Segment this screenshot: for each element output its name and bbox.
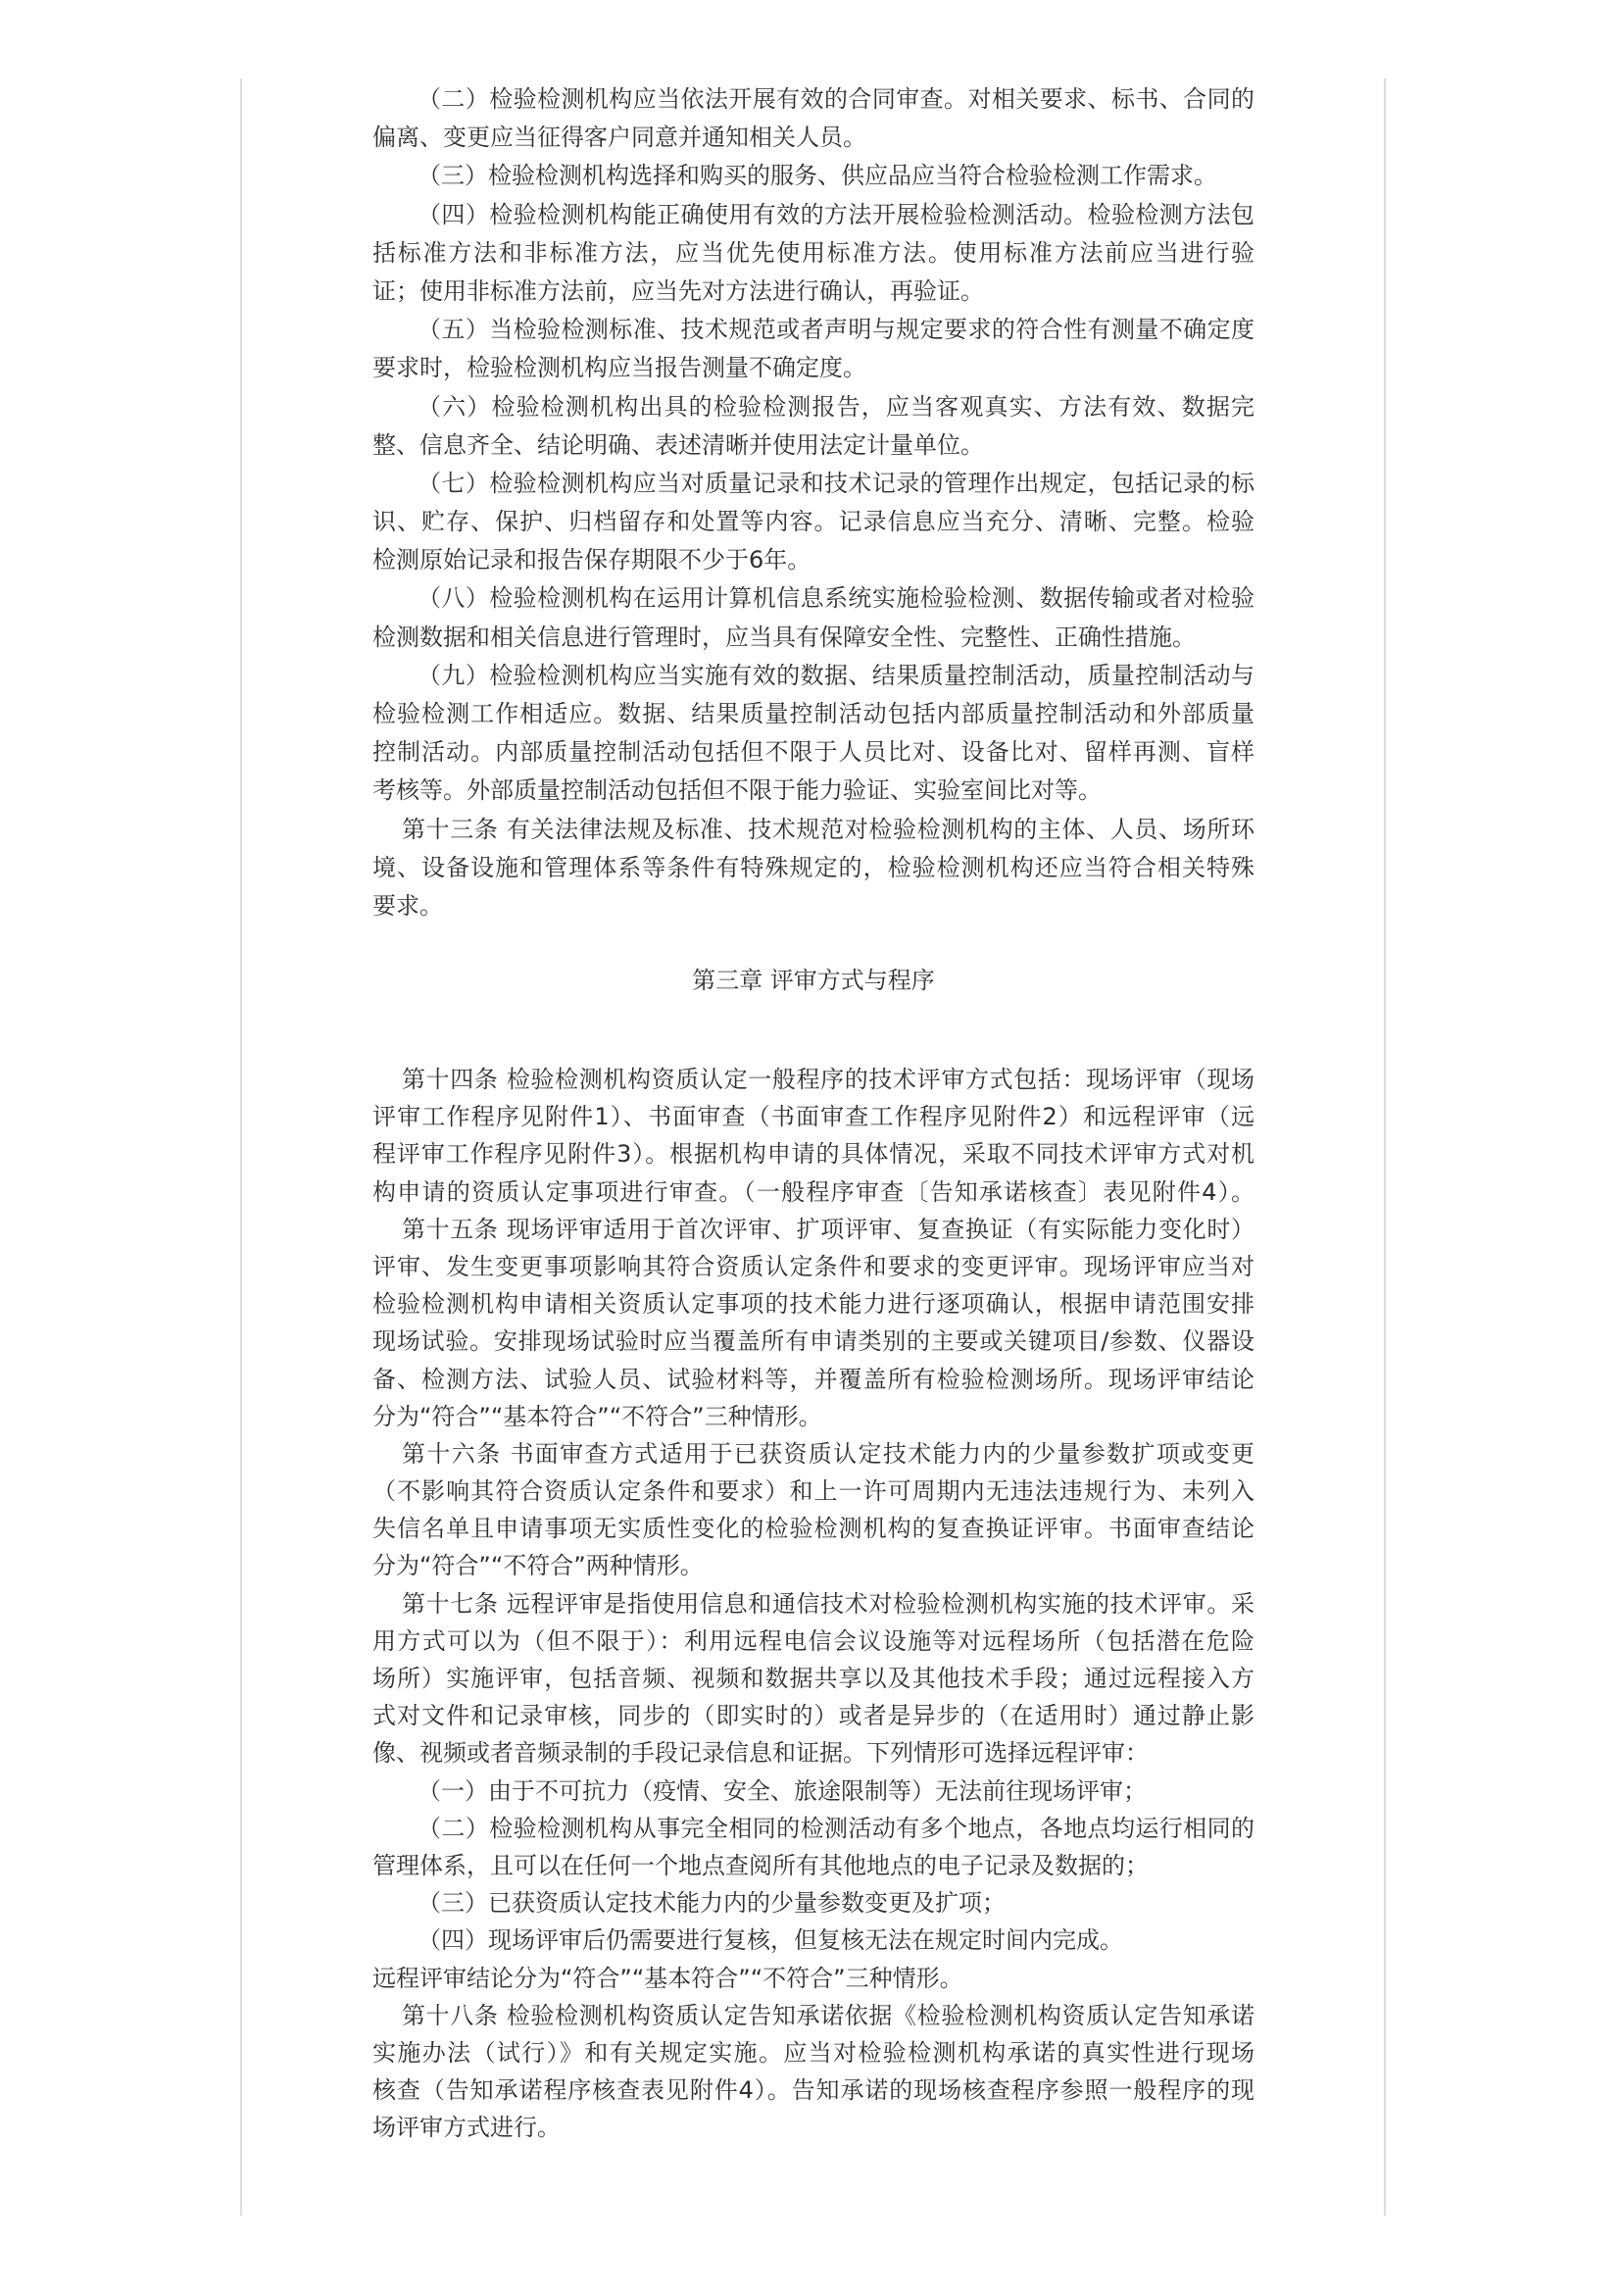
text-line: 像、视频或者音频录制的手段记录信息和证据。下列情形可选择远程评审： bbox=[372, 1734, 1254, 1772]
text-line: 第十七条 远程评审是指使用信息和通信技术对检验检测机构实施的技术评审。采 bbox=[372, 1585, 1254, 1622]
text-line: 检测原始记录和报告保存期限不少于6年。 bbox=[372, 541, 1254, 579]
text-line: 式对文件和记录审核，同步的（即实时的）或者是异步的（在适用时）通过静止影 bbox=[372, 1697, 1254, 1734]
text-line: 管理体系，且可以在任何一个地点查阅所有其他地点的电子记录及数据的； bbox=[372, 1847, 1254, 1884]
text-line: 证；使用非标准方法前，应当先对方法进行确认，再验证。 bbox=[372, 273, 1254, 311]
text-line: （二）检验检测机构从事完全相同的检测活动有多个地点，各地点均运行相同的 bbox=[372, 1810, 1254, 1847]
text-line: （九）检验检测机构应当实施有效的数据、结果质量控制活动，质量控制活动与 bbox=[372, 657, 1254, 695]
text-line: 检测数据和相关信息进行管理时，应当具有保障安全性、完整性、正确性措施。 bbox=[372, 619, 1254, 657]
text-line: （五）当检验检测标准、技术规范或者声明与规定要求的符合性有测量不确定度 bbox=[372, 311, 1254, 349]
text-line: 检验检测工作相适应。数据、结果质量控制活动包括内部质量控制活动和外部质量 bbox=[372, 695, 1254, 733]
text-line: 控制活动。内部质量控制活动包括但不限于人员比对、设备比对、留样再测、盲样 bbox=[372, 733, 1254, 772]
text-line: 失信名单且申请事项无实质性变化的检验检测机构的复查换证评审。书面审查结论 bbox=[372, 1510, 1254, 1547]
text-line: 分为“符合”“不符合”两种情形。 bbox=[372, 1547, 1254, 1584]
page-left-border bbox=[240, 78, 242, 2216]
text-line: 评审、发生变更事项影响其符合资质认定条件和要求的变更评审。现场评审应当对 bbox=[372, 1248, 1254, 1285]
text-line: 构申请的资质认定事项进行审查。（一般程序审查〔告知承诺核查〕表见附件4）。 bbox=[372, 1173, 1254, 1211]
chapter-title: 第三章 评审方式与程序 bbox=[372, 961, 1254, 1000]
text-line: 第十六条 书面审查方式适用于已获资质认定技术能力内的少量参数扩项或变更 bbox=[372, 1435, 1254, 1472]
text-line: 第十三条 有关法律法规及标准、技术规范对检验检测机构的主体、人员、场所环 bbox=[372, 811, 1254, 849]
text-line: （三）检验检测机构选择和购买的服务、供应品应当符合检验检测工作需求。 bbox=[372, 157, 1254, 195]
text-line: 第十八条 检验检测机构资质认定告知承诺依据《检验检测机构资质认定告知承诺 bbox=[372, 1997, 1254, 2034]
text-line: 分为“符合”“基本符合”“不符合”三种情形。 bbox=[372, 1398, 1254, 1435]
text-line: （一）由于不可抗力（疫情、安全、旅途限制等）无法前往现场评审； bbox=[372, 1772, 1254, 1810]
text-line: （二）检验检测机构应当依法开展有效的合同审查。对相关要求、标书、合同的 bbox=[372, 80, 1254, 119]
text-line: 要求时，检验检测机构应当报告测量不确定度。 bbox=[372, 349, 1254, 387]
text-line: （七）检验检测机构应当对质量记录和技术记录的管理作出规定，包括记录的标 bbox=[372, 465, 1254, 503]
text-line: 境、设备设施和管理体系等条件有特殊规定的，检验检测机构还应当符合相关特殊 bbox=[372, 849, 1254, 887]
text-line: 要求。 bbox=[372, 887, 1254, 925]
text-line: 备、检测方法、试验人员、试验材料等，并覆盖所有检验检测场所。现场评审结论 bbox=[372, 1361, 1254, 1398]
text-line: 场评审方式进行。 bbox=[372, 2109, 1254, 2146]
article-12-continued: （二）检验检测机构应当依法开展有效的合同审查。对相关要求、标书、合同的 偏离、变… bbox=[372, 80, 1254, 925]
text-line: （四）检验检测机构能正确使用有效的方法开展检验检测活动。检验检测方法包 bbox=[372, 196, 1254, 234]
chapter-3-body: 第十四条 检验检测机构资质认定一般程序的技术评审方式包括：现场评审（现场 评审工… bbox=[372, 1061, 1254, 2146]
text-line: 检验检测机构申请相关资质认定事项的技术能力进行逐项确认，根据申请范围安排 bbox=[372, 1285, 1254, 1323]
text-line: 第十四条 检验检测机构资质认定一般程序的技术评审方式包括：现场评审（现场 bbox=[372, 1061, 1254, 1098]
text-line: 场所）实施评审，包括音频、视频和数据共享以及其他技术手段；通过远程接入方 bbox=[372, 1660, 1254, 1697]
text-line: （六）检验检测机构出具的检验检测报告，应当客观真实、方法有效、数据完 bbox=[372, 388, 1254, 426]
text-line: 整、信息齐全、结论明确、表述清晰并使用法定计量单位。 bbox=[372, 426, 1254, 465]
text-line: 括标准方法和非标准方法，应当优先使用标准方法。使用标准方法前应当进行验 bbox=[372, 234, 1254, 273]
text-line: 远程评审结论分为“符合”“基本符合”“不符合”三种情形。 bbox=[372, 1960, 1254, 1997]
text-line: 识、贮存、保护、归档留存和处置等内容。记录信息应当充分、清晰、完整。检验 bbox=[372, 503, 1254, 541]
text-line: 考核等。外部质量控制活动包括但不限于能力验证、实验室间比对等。 bbox=[372, 772, 1254, 810]
text-line: 现场试验。安排现场试验时应当覆盖所有申请类别的主要或关键项目/参数、仪器设 bbox=[372, 1323, 1254, 1360]
page-right-border bbox=[1384, 78, 1386, 2216]
text-line: （八）检验检测机构在运用计算机信息系统实施检验检测、数据传输或者对检验 bbox=[372, 579, 1254, 618]
text-line: 程评审工作程序见附件3）。根据机构申请的具体情况，采取不同技术评审方式对机 bbox=[372, 1135, 1254, 1173]
text-line: 实施办法（试行）》和有关规定实施。应当对检验检测机构承诺的真实性进行现场 bbox=[372, 2034, 1254, 2071]
text-line: 用方式可以为（但不限于）：利用远程电信会议设施等对远程场所（包括潜在危险 bbox=[372, 1622, 1254, 1660]
text-line: （三）已获资质认定技术能力内的少量参数变更及扩项； bbox=[372, 1884, 1254, 1922]
text-line: （不影响其符合资质认定条件和要求）和上一许可周期内无违法违规行为、未列入 bbox=[372, 1472, 1254, 1510]
text-line: （四）现场评审后仍需要进行复核，但复核无法在规定时间内完成。 bbox=[372, 1922, 1254, 1959]
text-line: 评审工作程序见附件1）、书面审查（书面审查工作程序见附件2）和远程评审（远 bbox=[372, 1098, 1254, 1135]
text-line: 偏离、变更应当征得客户同意并通知相关人员。 bbox=[372, 119, 1254, 157]
text-line: 第十五条 现场评审适用于首次评审、扩项评审、复查换证（有实际能力变化时） bbox=[372, 1211, 1254, 1248]
text-line: 核查（告知承诺程序核查表见附件4）。告知承诺的现场核查程序参照一般程序的现 bbox=[372, 2071, 1254, 2109]
